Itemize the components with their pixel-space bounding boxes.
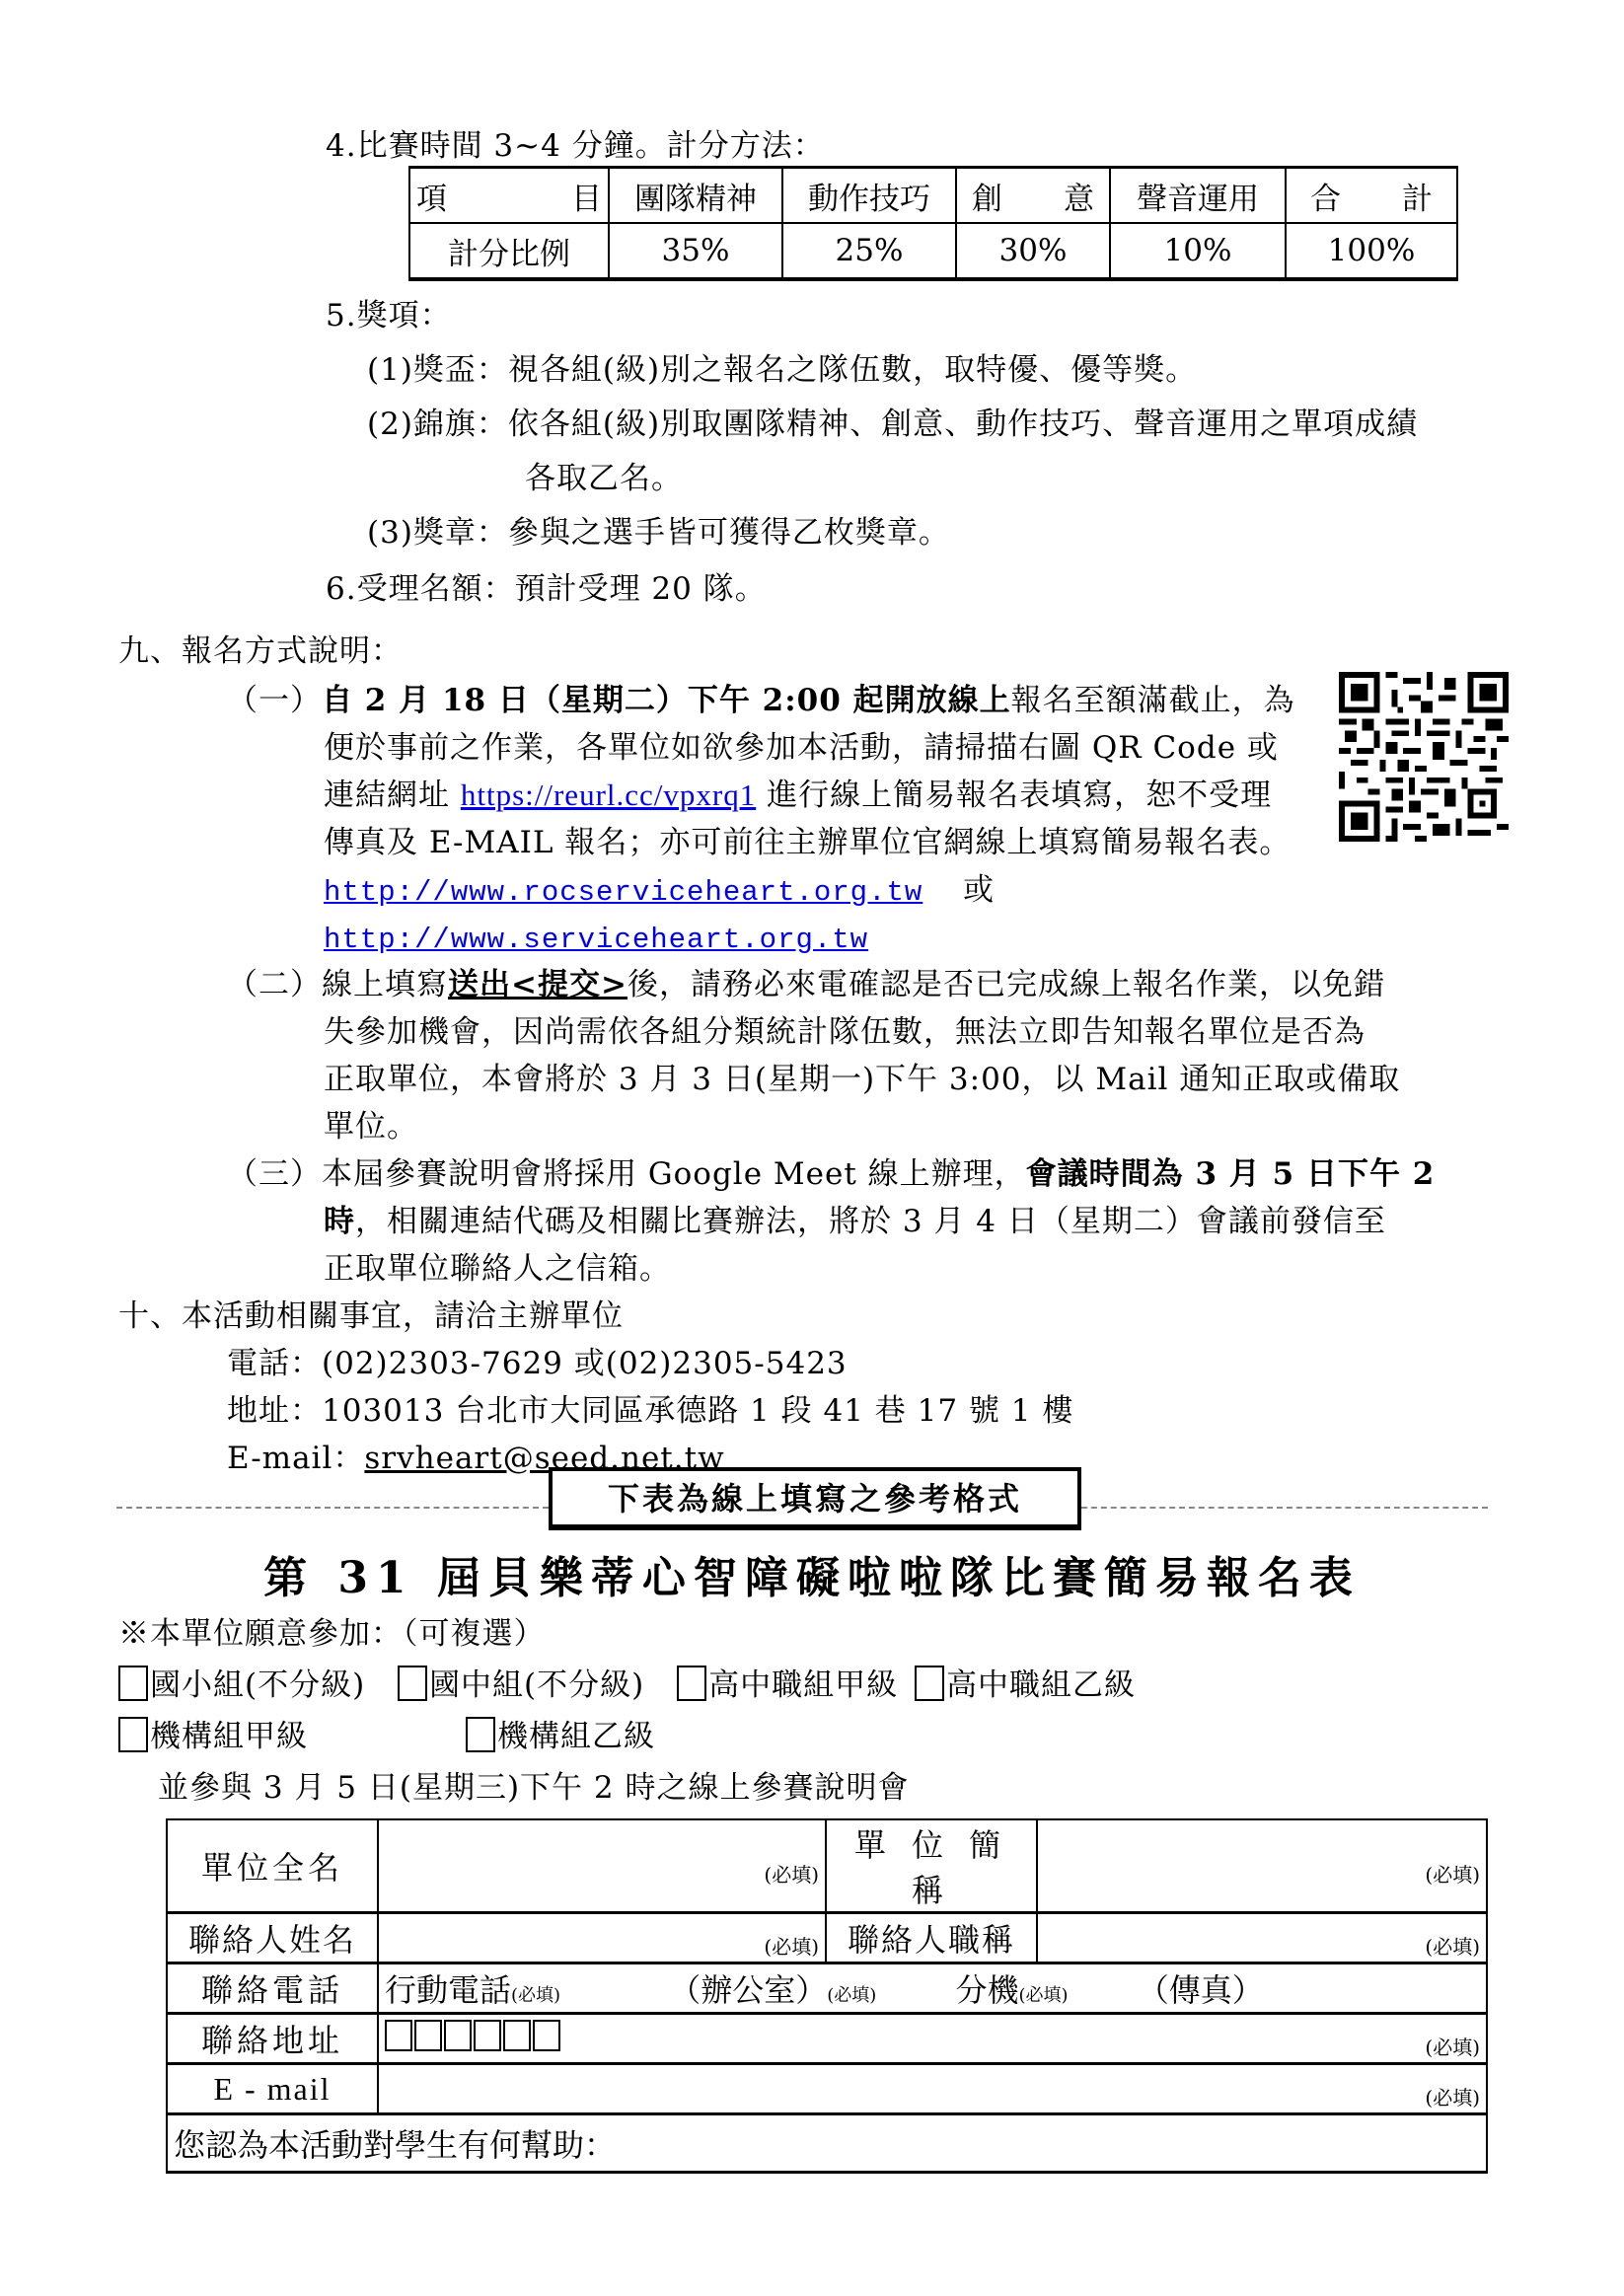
p2-rest: 後，請務必來電確認是否已完成線上報名作業，以免錯 (627, 967, 1385, 1002)
email-label: E-mail： (227, 1441, 364, 1476)
p3-line2-bold: 時 (324, 1204, 355, 1239)
header-team-spirit: 團隊精神 (609, 168, 782, 224)
input-help-feedback[interactable]: 您認為本活動對學生有何幫助： (167, 2114, 1487, 2173)
or-text: 或 (963, 872, 995, 908)
option-institution-a[interactable]: 機構組甲級 (118, 1719, 308, 1754)
p2-line1: （二）線上填寫送出<提交>後，請務必來電確認是否已完成線上報名作業，以免錯 (227, 965, 1385, 1004)
scoring-value-row: 計分比例 35% 25% 30% 10% 100% (409, 223, 1457, 279)
checkbox-icon[interactable] (398, 1666, 427, 1701)
option-institution-b[interactable]: 機構組乙級 (466, 1717, 655, 1756)
serviceheart-link[interactable]: http://www.serviceheart.org.tw (324, 924, 868, 956)
p1-bold: 自 2 月 18 日（星期二）下午 2:00 起開放線上 (322, 683, 1011, 718)
registration-form-table: 單位全名 (必填) 單 位 簡 稱 (必填) 聯絡人姓名 (必填) 聯絡人職稱 … (166, 1818, 1488, 2174)
label-contact-name: 聯絡人姓名 (167, 1913, 378, 1963)
header-creativity: 創 意 (956, 168, 1110, 224)
row-label: 計分比例 (409, 223, 609, 279)
award-label: (2)錦旗： (367, 407, 508, 442)
label-unit-short: 單 位 簡 稱 (826, 1819, 1037, 1913)
p1-urls-line: http://www.rocserviceheart.org.tw 或 (324, 870, 995, 913)
checkbox-icon[interactable] (915, 1666, 944, 1701)
checkbox-icon[interactable] (118, 1717, 148, 1752)
label-unit-full: 單位全名 (167, 1819, 378, 1913)
p2-line4: 單位。 (324, 1107, 418, 1147)
award-3: (3)獎章：參與之選手皆可獲得乙枚獎章。 (367, 513, 950, 553)
value-creativity: 30% (956, 223, 1110, 279)
willing-text: ※本單位願意參加：（可複選） (118, 1614, 546, 1654)
dashed-divider-right (1081, 1507, 1488, 1509)
p3-bold: 會議時間為 3 月 5 日下午 2 (1026, 1156, 1436, 1192)
rocserviceheart-link[interactable]: http://www.rocserviceheart.org.tw (324, 876, 923, 909)
award-1: (1)獎盃：視各組(級)別之報名之隊伍數，取特優、優等獎。 (367, 350, 1197, 390)
label-email: E - mail (167, 2064, 378, 2114)
p1-line1: （一）自 2 月 18 日（星期二）下午 2:00 起開放線上報名至額滿截止，為 (227, 681, 1295, 720)
value-team-spirit: 35% (609, 223, 782, 279)
p1-line4: 傳真及 E-MAIL 報名；亦可前往主辦單位官網線上填寫簡易報名表。 (324, 823, 1291, 862)
input-contact-title[interactable]: (必填) (1037, 1913, 1487, 1963)
label-phone: 聯絡電話 (167, 1963, 378, 2014)
meeting-note: 並參與 3 月 5 日(星期三)下午 2 時之線上參賽說明會 (158, 1768, 909, 1808)
section9-title: 九、報名方式說明： (118, 631, 403, 671)
option-row-2: 機構組甲級 機構組乙級 (118, 1717, 308, 1756)
value-total: 100% (1286, 223, 1457, 279)
office-label: （辦公室） (669, 1971, 827, 2009)
option-senior-high-b[interactable]: 高中職組乙級 (915, 1667, 1136, 1703)
input-contact-name[interactable]: (必填) (378, 1913, 826, 1963)
award-label: (1)獎盃： (367, 352, 508, 388)
mobile-label: 行動電話 (385, 1971, 511, 2009)
help-question: 您認為本活動對學生有何幫助： (174, 2126, 616, 2164)
p2-pre: 線上填寫 (322, 967, 448, 1002)
header-item: 項 目 (409, 168, 609, 224)
header-technique: 動作技巧 (782, 168, 956, 224)
value-technique: 25% (782, 223, 956, 279)
fax-label: （傳真） (1138, 1971, 1264, 2009)
p2-line2: 失參加機會，因尚需依各組分類統計隊伍數，無法立即告知報名單位是否為 (324, 1012, 1366, 1052)
reurl-link[interactable]: https://reurl.cc/vpxrq1 (461, 778, 756, 812)
item6-text: 6.受理名額：預計受理 20 隊。 (326, 569, 767, 609)
input-unit-short[interactable]: (必填) (1037, 1819, 1487, 1913)
dashed-divider-left (116, 1507, 549, 1509)
contact-address: 地址：103013 台北市大同區承德路 1 段 41 巷 17 號 1 樓 (227, 1391, 1073, 1431)
form-title: 第 31 屆貝樂蒂心智障礙啦啦隊比賽簡易報名表 (0, 1549, 1624, 1608)
p3-line3: 正取單位聯絡人之信箱。 (324, 1249, 671, 1289)
option-senior-high-a[interactable]: 高中職組甲級 (677, 1667, 898, 1703)
checkbox-icon[interactable] (118, 1666, 148, 1701)
value-sound: 10% (1110, 223, 1286, 279)
p3-pre: 本屆參賽說明會將採用 Google Meet 線上辦理， (322, 1156, 1026, 1192)
ext-label: 分機 (955, 1971, 1018, 2009)
p1-rest: 報名至額滿截止，為 (1011, 683, 1295, 718)
award-2-cont: 各取乙名。 (525, 459, 683, 498)
p1-line3-pre: 連結網址 (324, 778, 450, 813)
p1-line3: 連結網址 https://reurl.cc/vpxrq1 進行線上簡易報名表填寫… (324, 776, 1272, 815)
qr-code-icon[interactable] (1339, 672, 1509, 842)
award-text: 視各組(級)別之報名之隊伍數，取特優、優等獎。 (508, 352, 1197, 388)
p1-line2: 便於事前之作業，各單位如欲參加本活動，請掃描右圖 QR Code 或 (324, 728, 1279, 768)
scoring-table: 項 目 團隊精神 動作技巧 創 意 聲音運用 合 計 計分比例 35% 25% … (408, 166, 1458, 281)
zip-code-boxes[interactable] (385, 2018, 562, 2055)
section10-title: 十、本活動相關事宜，請洽主辦單位 (118, 1296, 624, 1336)
input-email[interactable]: (必填) (378, 2064, 1487, 2114)
reference-format-label: 下表為線上填寫之參考格式 (549, 1467, 1081, 1530)
input-address[interactable]: (必填) (378, 2014, 1487, 2064)
option-row-1: 國小組(不分級) 國中組(不分級) 高中職組甲級 高中職組乙級 (118, 1666, 1136, 1705)
p3-num: （三） (227, 1156, 322, 1192)
item5-title: 5.獎項： (326, 296, 452, 335)
scoring-header-row: 項 目 團隊精神 動作技巧 創 意 聲音運用 合 計 (409, 168, 1457, 224)
input-unit-full[interactable]: (必填) (378, 1819, 826, 1913)
label-contact-title: 聯絡人職稱 (826, 1913, 1037, 1963)
p1-url2-line: http://www.serviceheart.org.tw (324, 918, 868, 960)
label-address: 聯絡地址 (167, 2014, 378, 2064)
p2-num: （二） (227, 967, 322, 1002)
input-phone-group[interactable]: 行動電話(必填) （辦公室）(必填) 分機(必填) （傳真） (378, 1963, 1487, 2014)
award-text: 參與之選手皆可獲得乙枚獎章。 (508, 515, 950, 551)
p2-line3: 正取單位，本會將於 3 月 3 日(星期一)下午 3:00，以 Mail 通知正… (324, 1060, 1400, 1099)
option-elementary[interactable]: 國小組(不分級) (118, 1667, 365, 1703)
award-2: (2)錦旗：依各組(級)別取團隊精神、創意、動作技巧、聲音運用之單項成績 (367, 405, 1418, 444)
contact-phone: 電話：(02)2303-7629 或(02)2305-5423 (227, 1344, 848, 1383)
checkbox-icon[interactable] (677, 1666, 706, 1701)
header-sound: 聲音運用 (1110, 168, 1286, 224)
item4-text: 4.比賽時間 3~4 分鐘。計分方法： (326, 126, 825, 166)
option-junior-high[interactable]: 國中組(不分級) (398, 1667, 644, 1703)
p3-line1: （三）本屆參賽說明會將採用 Google Meet 線上辦理，會議時間為 3 月… (227, 1154, 1435, 1194)
header-total: 合 計 (1286, 168, 1457, 224)
p1-line3-post: 進行線上簡易報名表填寫，恕不受理 (767, 778, 1272, 813)
award-label: (3)獎章： (367, 515, 508, 551)
p1-num: （一） (227, 683, 322, 718)
award-text: 依各組(級)別取團隊精神、創意、動作技巧、聲音運用之單項成績 (508, 407, 1418, 442)
p3-line2-text: ，相關連結代碼及相關比賽辦法，將於 3 月 4 日（星期二）會議前發信至 (355, 1204, 1386, 1239)
p3-line2: 時，相關連結代碼及相關比賽辦法，將於 3 月 4 日（星期二）會議前發信至 (324, 1202, 1386, 1241)
checkbox-icon[interactable] (466, 1717, 495, 1752)
p2-emph: 送出<提交> (448, 967, 627, 1002)
